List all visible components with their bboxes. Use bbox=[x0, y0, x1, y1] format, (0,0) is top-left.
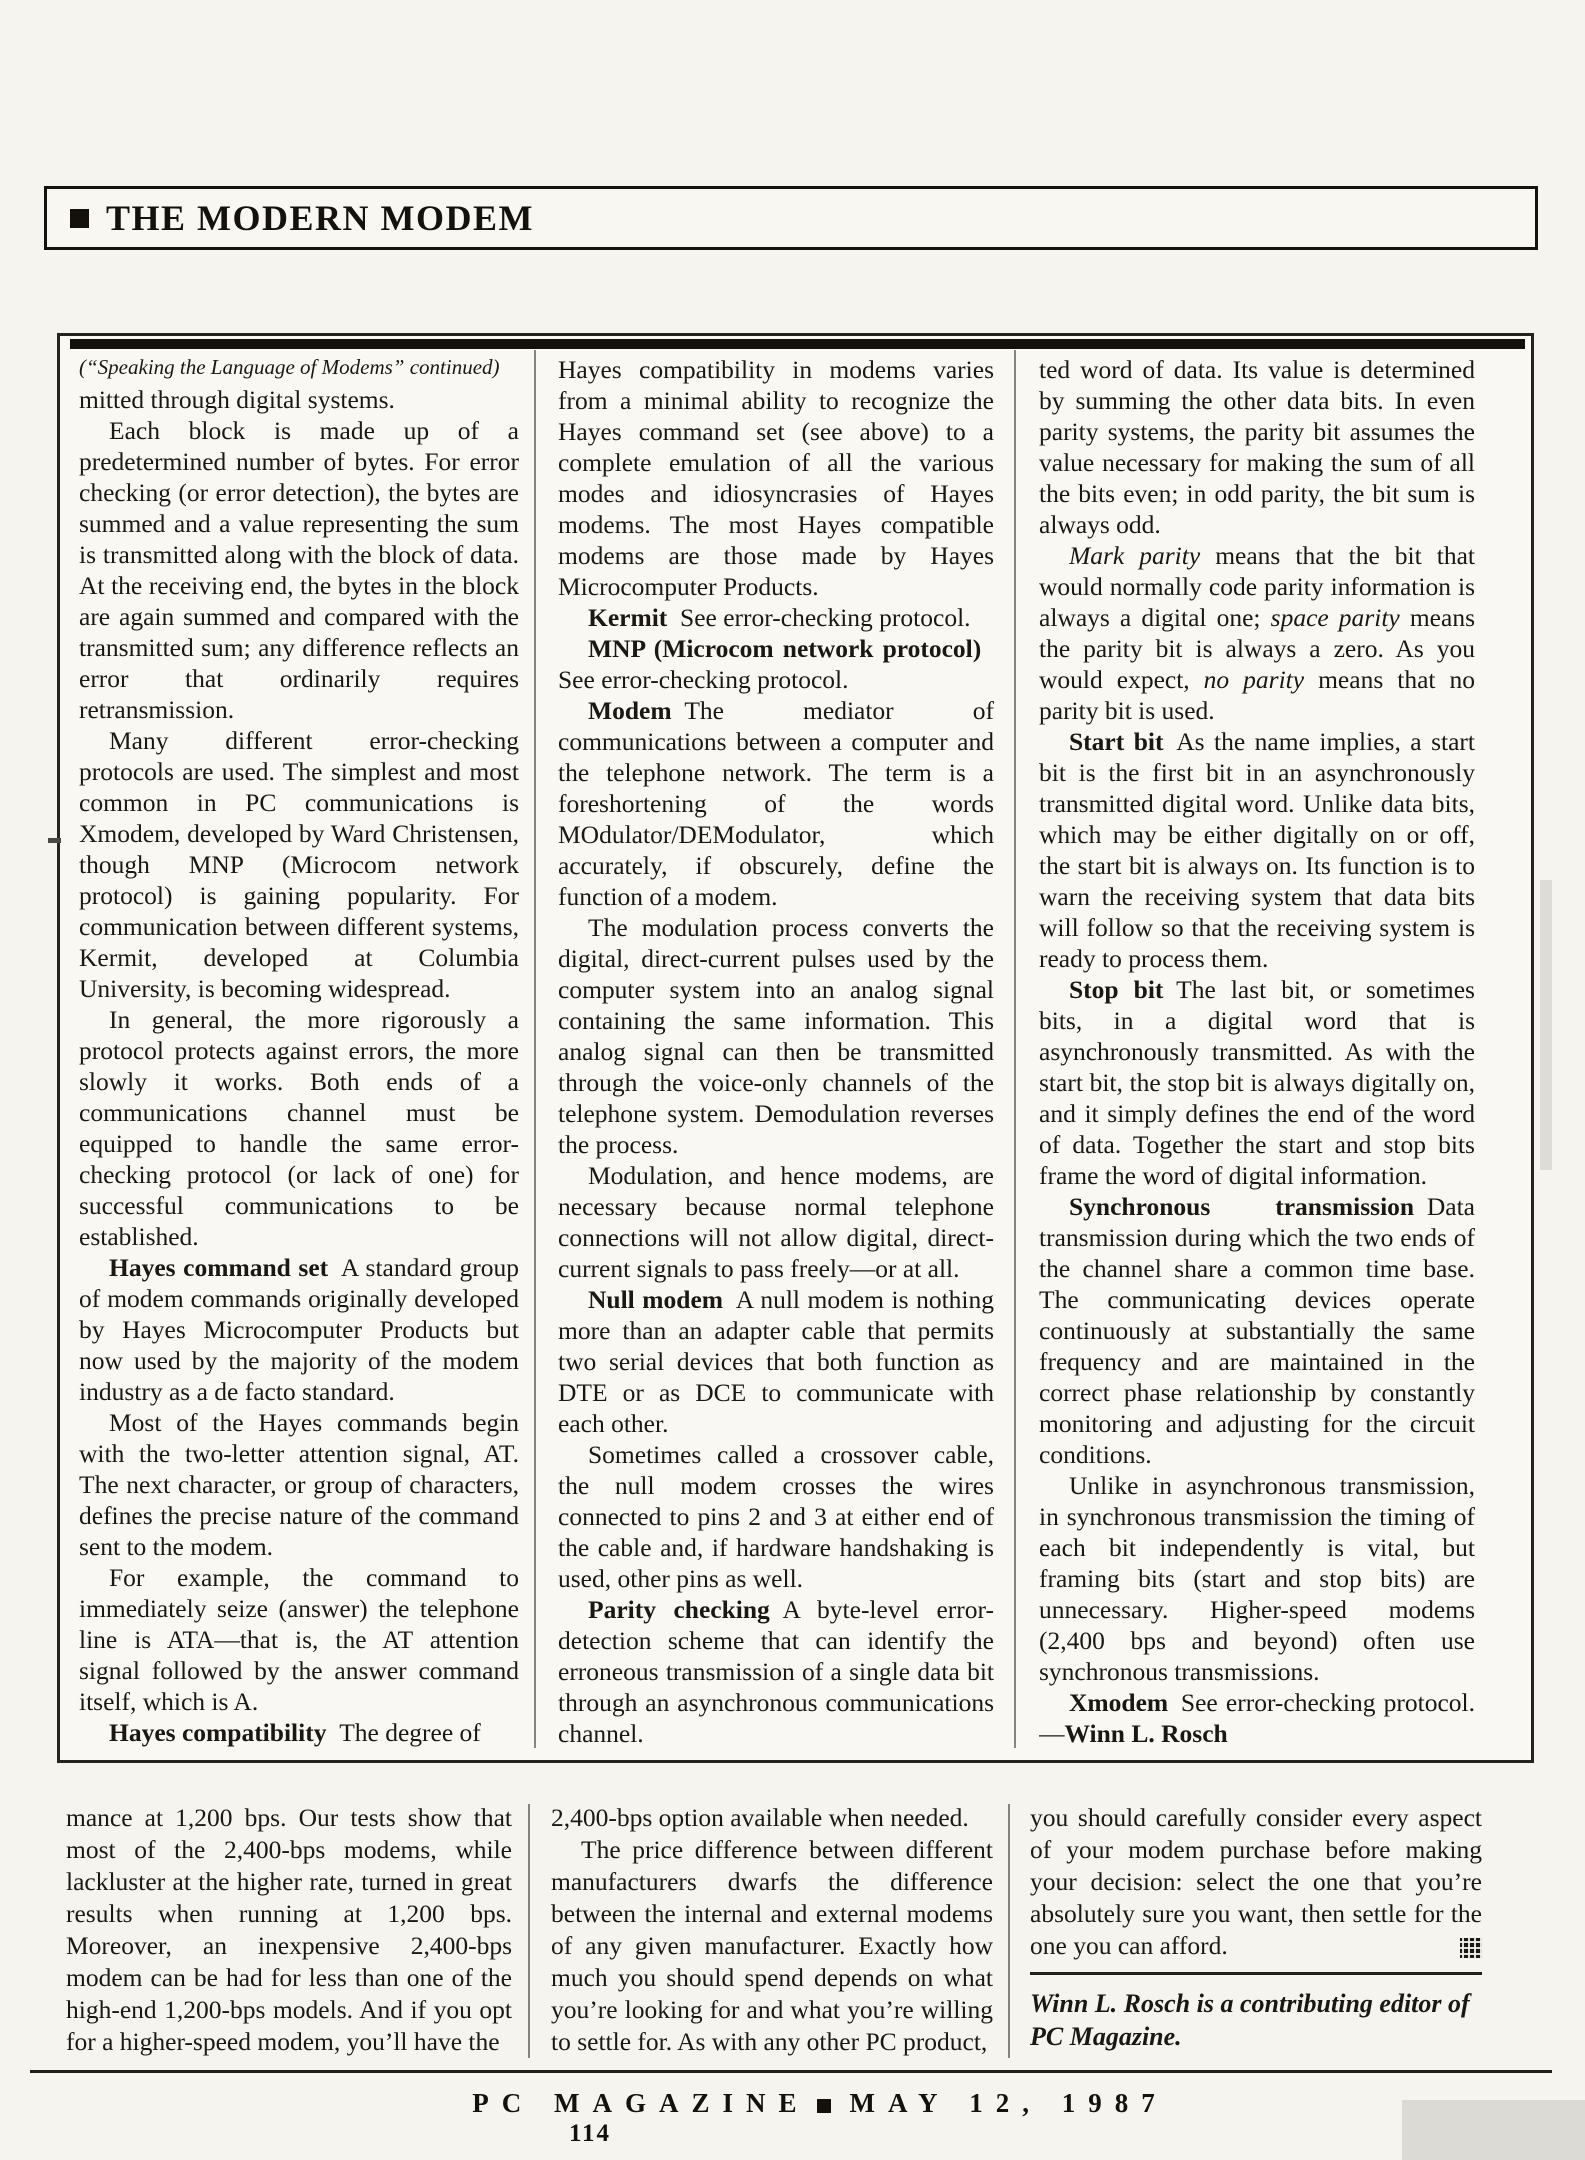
text-run: Modem bbox=[588, 696, 672, 725]
paragraph: mitted through digital systems. bbox=[79, 384, 519, 415]
text-run: Modulation, and hence modems, are necess… bbox=[558, 1161, 994, 1283]
text-run: Synchronous transmission bbox=[1069, 1192, 1414, 1221]
paragraph: Null modem A null modem is nothing more … bbox=[558, 1284, 994, 1439]
footer-magazine: PC MAGAZINE bbox=[472, 2088, 809, 2118]
glossary-column-1: (“Speaking the Language of Modems” conti… bbox=[79, 354, 519, 1752]
paragraph: Start bit As the name implies, a start b… bbox=[1039, 726, 1475, 974]
paragraph: Kermit See error-checking protocol. bbox=[558, 602, 994, 633]
byline-block: Winn L. Rosch is a contributing editor o… bbox=[1030, 1972, 1482, 2053]
column-rule bbox=[534, 350, 536, 1748]
text-run: See error-checking protocol. bbox=[667, 603, 970, 632]
column-rule bbox=[528, 1804, 530, 2058]
paragraph: Mark parity means that the bit that woul… bbox=[1039, 540, 1475, 726]
text-run: Mark parity bbox=[1069, 541, 1200, 570]
paragraph: mance at 1,200 bps. Our tests show that … bbox=[66, 1802, 512, 2058]
text-run: For example, the command to immediately … bbox=[79, 1563, 519, 1716]
text-run: 2,400-bps option available when needed. bbox=[551, 1803, 969, 1832]
column-rule bbox=[1008, 1804, 1010, 2058]
text-run: you should carefully consider every aspe… bbox=[1030, 1803, 1482, 1960]
footer: PC MAGAZINEMAY 12, 1987 bbox=[60, 2088, 1580, 2119]
paragraph: Hayes compatibility The degree of bbox=[79, 1717, 519, 1748]
paragraph: 2,400-bps option available when needed. bbox=[551, 1802, 993, 1834]
byline: Winn L. Rosch is a contributing editor o… bbox=[1030, 1987, 1482, 2053]
byline-rule bbox=[1030, 1972, 1482, 1975]
text-run: Hayes command set bbox=[109, 1253, 328, 1282]
article-column-1: mance at 1,200 bps. Our tests show that … bbox=[66, 1802, 512, 2064]
text-run: Stop bit bbox=[1069, 975, 1163, 1004]
glossary-box: (“Speaking the Language of Modems” conti… bbox=[57, 333, 1534, 1763]
article-header: THE MODERN MODEM bbox=[44, 186, 1538, 250]
text-run: Each block is made up of a predetermined… bbox=[79, 416, 519, 724]
text-run: The bbox=[588, 1750, 634, 1752]
paragraph: Synchronous transmission Data transmissi… bbox=[1039, 1191, 1475, 1470]
article-column-3: you should carefully consider every aspe… bbox=[1030, 1802, 1482, 1962]
text-run: is a part of the transmit- bbox=[728, 1750, 979, 1752]
text-run: Winn L. Rosch bbox=[1065, 1719, 1228, 1748]
paragraph: Hayes compatibility in modems varies fro… bbox=[558, 354, 994, 602]
text-run: no parity bbox=[1204, 665, 1304, 694]
paragraph: Stop bit The last bit, or sometimes bits… bbox=[1039, 974, 1475, 1191]
footer-separator-icon bbox=[817, 2099, 831, 2113]
paragraph: The parity bit is a part of the transmit… bbox=[558, 1749, 994, 1752]
footer-date: MAY 12, 1987 bbox=[849, 2088, 1167, 2118]
text-run: mance at 1,200 bps. Our tests show that … bbox=[66, 1803, 512, 2056]
paragraph: (“Speaking the Language of Modems” conti… bbox=[79, 354, 519, 381]
text-run: Many different error-checking protocols … bbox=[79, 726, 519, 1003]
text-run: Unlike in asynchronous transmission, in … bbox=[1039, 1471, 1475, 1686]
paragraph: Many different error-checking protocols … bbox=[79, 725, 519, 1004]
text-run: The degree of bbox=[326, 1718, 480, 1747]
text-run: Parity checking bbox=[588, 1595, 770, 1624]
text-run: ted word of data. Its value is determine… bbox=[1039, 355, 1475, 539]
text-run: MNP (Microcom network protocol) bbox=[588, 634, 981, 663]
paragraph: ted word of data. Its value is determine… bbox=[1039, 354, 1475, 540]
scan-artifact bbox=[48, 838, 61, 843]
paragraph: Hayes command set A standard group of mo… bbox=[79, 1252, 519, 1407]
paragraph: MNP (Microcom network protocol) See erro… bbox=[558, 633, 994, 695]
page-title: THE MODERN MODEM bbox=[106, 197, 534, 239]
text-run: parity bit bbox=[634, 1750, 728, 1752]
text-run: Hayes compatibility in modems varies fro… bbox=[558, 355, 994, 601]
paragraph: Unlike in asynchronous transmission, in … bbox=[1039, 1470, 1475, 1687]
text-run: The mediator of communications between a… bbox=[558, 696, 994, 911]
text-run: (“Speaking the Language of Modems” conti… bbox=[79, 355, 500, 379]
paragraph: Each block is made up of a predetermined… bbox=[79, 415, 519, 725]
text-run: The modulation process converts the digi… bbox=[558, 913, 994, 1159]
text-run: Start bit bbox=[1069, 727, 1163, 756]
text-run: Hayes compatibility bbox=[109, 1718, 326, 1747]
paragraph: Xmodem See error-checking protocol.—Winn… bbox=[1039, 1687, 1475, 1749]
text-run: As the name implies, a start bit is the … bbox=[1039, 727, 1475, 973]
text-run: Kermit bbox=[588, 603, 667, 632]
box-top-rule bbox=[70, 339, 1525, 349]
scan-artifact bbox=[1540, 880, 1552, 1170]
paragraph: Most of the Hayes commands begin with th… bbox=[79, 1407, 519, 1562]
text-run: mitted through digital systems. bbox=[79, 385, 395, 414]
text-run: In general, the more rigorously a protoc… bbox=[79, 1005, 519, 1251]
text-run: Xmodem bbox=[1069, 1688, 1168, 1717]
paragraph: The price difference between different m… bbox=[551, 1834, 993, 2058]
paragraph: The modulation process converts the digi… bbox=[558, 912, 994, 1160]
glossary-column-3: ted word of data. Its value is determine… bbox=[1039, 354, 1475, 1752]
paragraph: In general, the more rigorously a protoc… bbox=[79, 1004, 519, 1252]
page: THE MODERN MODEM (“Speaking the Language… bbox=[0, 0, 1585, 2160]
text-run: Sometimes called a crossover cable, the … bbox=[558, 1440, 994, 1593]
scan-artifact bbox=[1402, 2100, 1585, 2160]
text-run: space parity bbox=[1271, 603, 1400, 632]
paragraph: Parity checking A byte-level error-detec… bbox=[558, 1594, 994, 1749]
page-number: 114 bbox=[520, 2120, 660, 2148]
text-run: Null modem bbox=[588, 1285, 723, 1314]
text-run: Data transmission during which the two e… bbox=[1039, 1192, 1475, 1469]
paragraph: Modulation, and hence modems, are necess… bbox=[558, 1160, 994, 1284]
paragraph: Sometimes called a crossover cable, the … bbox=[558, 1439, 994, 1594]
paragraph: you should carefully consider every aspe… bbox=[1030, 1802, 1482, 1962]
footer-rule bbox=[30, 2070, 1552, 2073]
text-run: The last bit, or sometimes bits, in a di… bbox=[1039, 975, 1475, 1190]
glossary-column-2: Hayes compatibility in modems varies fro… bbox=[558, 354, 994, 1752]
text-run: Most of the Hayes commands begin with th… bbox=[79, 1408, 519, 1561]
article-column-2: 2,400-bps option available when needed.T… bbox=[551, 1802, 993, 2064]
text-run: The price difference between different m… bbox=[551, 1835, 993, 2056]
section-bullet-icon bbox=[70, 209, 89, 228]
paragraph: Modem The mediator of communications bet… bbox=[558, 695, 994, 912]
column-rule bbox=[1014, 350, 1016, 1748]
end-of-article-icon bbox=[1460, 1938, 1482, 1958]
paragraph: For example, the command to immediately … bbox=[79, 1562, 519, 1717]
